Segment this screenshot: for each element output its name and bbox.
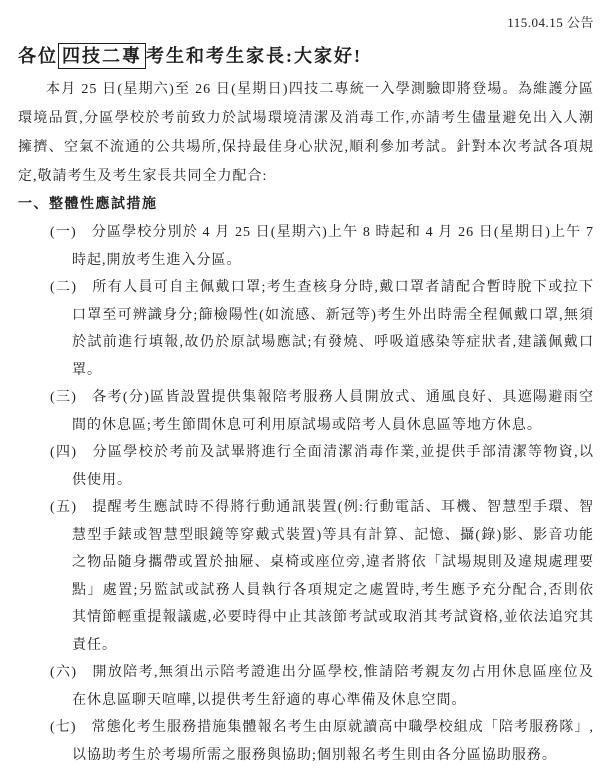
list-item-2: (二)所有人員可自主佩戴口罩;考生查核身分時,戴口罩者請配合暫時脫下或拉下口罩至…: [18, 274, 594, 384]
intro-paragraph: 本月 25 日(星期六)至 26 日(星期日)四技二專統一入學測驗即將登場。為維…: [18, 75, 594, 191]
list-item-6: (六)開放陪考,無須出示陪考證進出分區學校,惟請陪考親友勿占用休息區座位及在休息…: [18, 659, 594, 714]
announcement-document: 115.04.15 公告 各位四技二專考生和考生家長:大家好! 本月 25 日(…: [0, 0, 614, 783]
list-item-4: (四)分區學校於考前及試畢將進行全面清潔消毒作業,並提供手部清潔等物資,以供使用…: [18, 439, 594, 494]
item-text-4: 分區學校於考前及試畢將進行全面清潔消毒作業,並提供手部清潔等物資,以供使用。: [72, 445, 594, 488]
item-text-1: 分區學校分別於 4 月 25 日(星期六)上午 8 時起和 4 月 26 日(星…: [72, 225, 594, 268]
greeting-line: 各位四技二專考生和考生家長:大家好!: [18, 42, 594, 70]
item-text-5: 提醒考生應試時不得將行動通訊裝置(例:行動電話、耳機、智慧型手環、智慧型手錶或智…: [72, 500, 594, 653]
item-text-3: 各考(分)區皆設置提供集報陪考服務人員開放式、通風良好、具遮陽避雨空間的休息區;…: [72, 390, 594, 433]
list-item-5: (五)提醒考生應試時不得將行動通訊裝置(例:行動電話、耳機、智慧型手環、智慧型手…: [18, 494, 594, 659]
section-heading: 一、整體性應試措施: [18, 191, 594, 219]
item-marker-2: (二): [50, 280, 77, 295]
item-marker-1: (一): [50, 225, 77, 240]
item-marker-4: (四): [50, 445, 77, 460]
greeting-suffix: 考生和考生家長:大家好!: [146, 46, 362, 66]
list-item-1: (一)分區學校分別於 4 月 25 日(星期六)上午 8 時起和 4 月 26 …: [18, 219, 594, 274]
item-text-6: 開放陪考,無須出示陪考證進出分區學校,惟請陪考親友勿占用休息區座位及在休息區聊天…: [72, 665, 594, 708]
greeting-prefix: 各位: [18, 46, 58, 66]
item-marker-6: (六): [50, 665, 77, 680]
item-marker-7: (七): [50, 720, 77, 735]
list-item-7: (七)常態化考生服務措施集體報名考生由原就讀高中職學校組成「陪考服務隊」,以協助…: [18, 714, 594, 769]
exam-name-boxed: 四技二專: [58, 43, 146, 69]
item-text-2: 所有人員可自主佩戴口罩;考生查核身分時,戴口罩者請配合暫時脫下或拉下口罩至可辨識…: [72, 280, 594, 378]
date-note: 115.04.15 公告: [18, 14, 594, 32]
item-marker-3: (三): [50, 390, 77, 405]
item-marker-5: (五): [50, 500, 77, 515]
list-item-3: (三)各考(分)區皆設置提供集報陪考服務人員開放式、通風良好、具遮陽避雨空間的休…: [18, 384, 594, 439]
item-text-7: 常態化考生服務措施集體報名考生由原就讀高中職學校組成「陪考服務隊」,以協助考生於…: [72, 720, 594, 763]
